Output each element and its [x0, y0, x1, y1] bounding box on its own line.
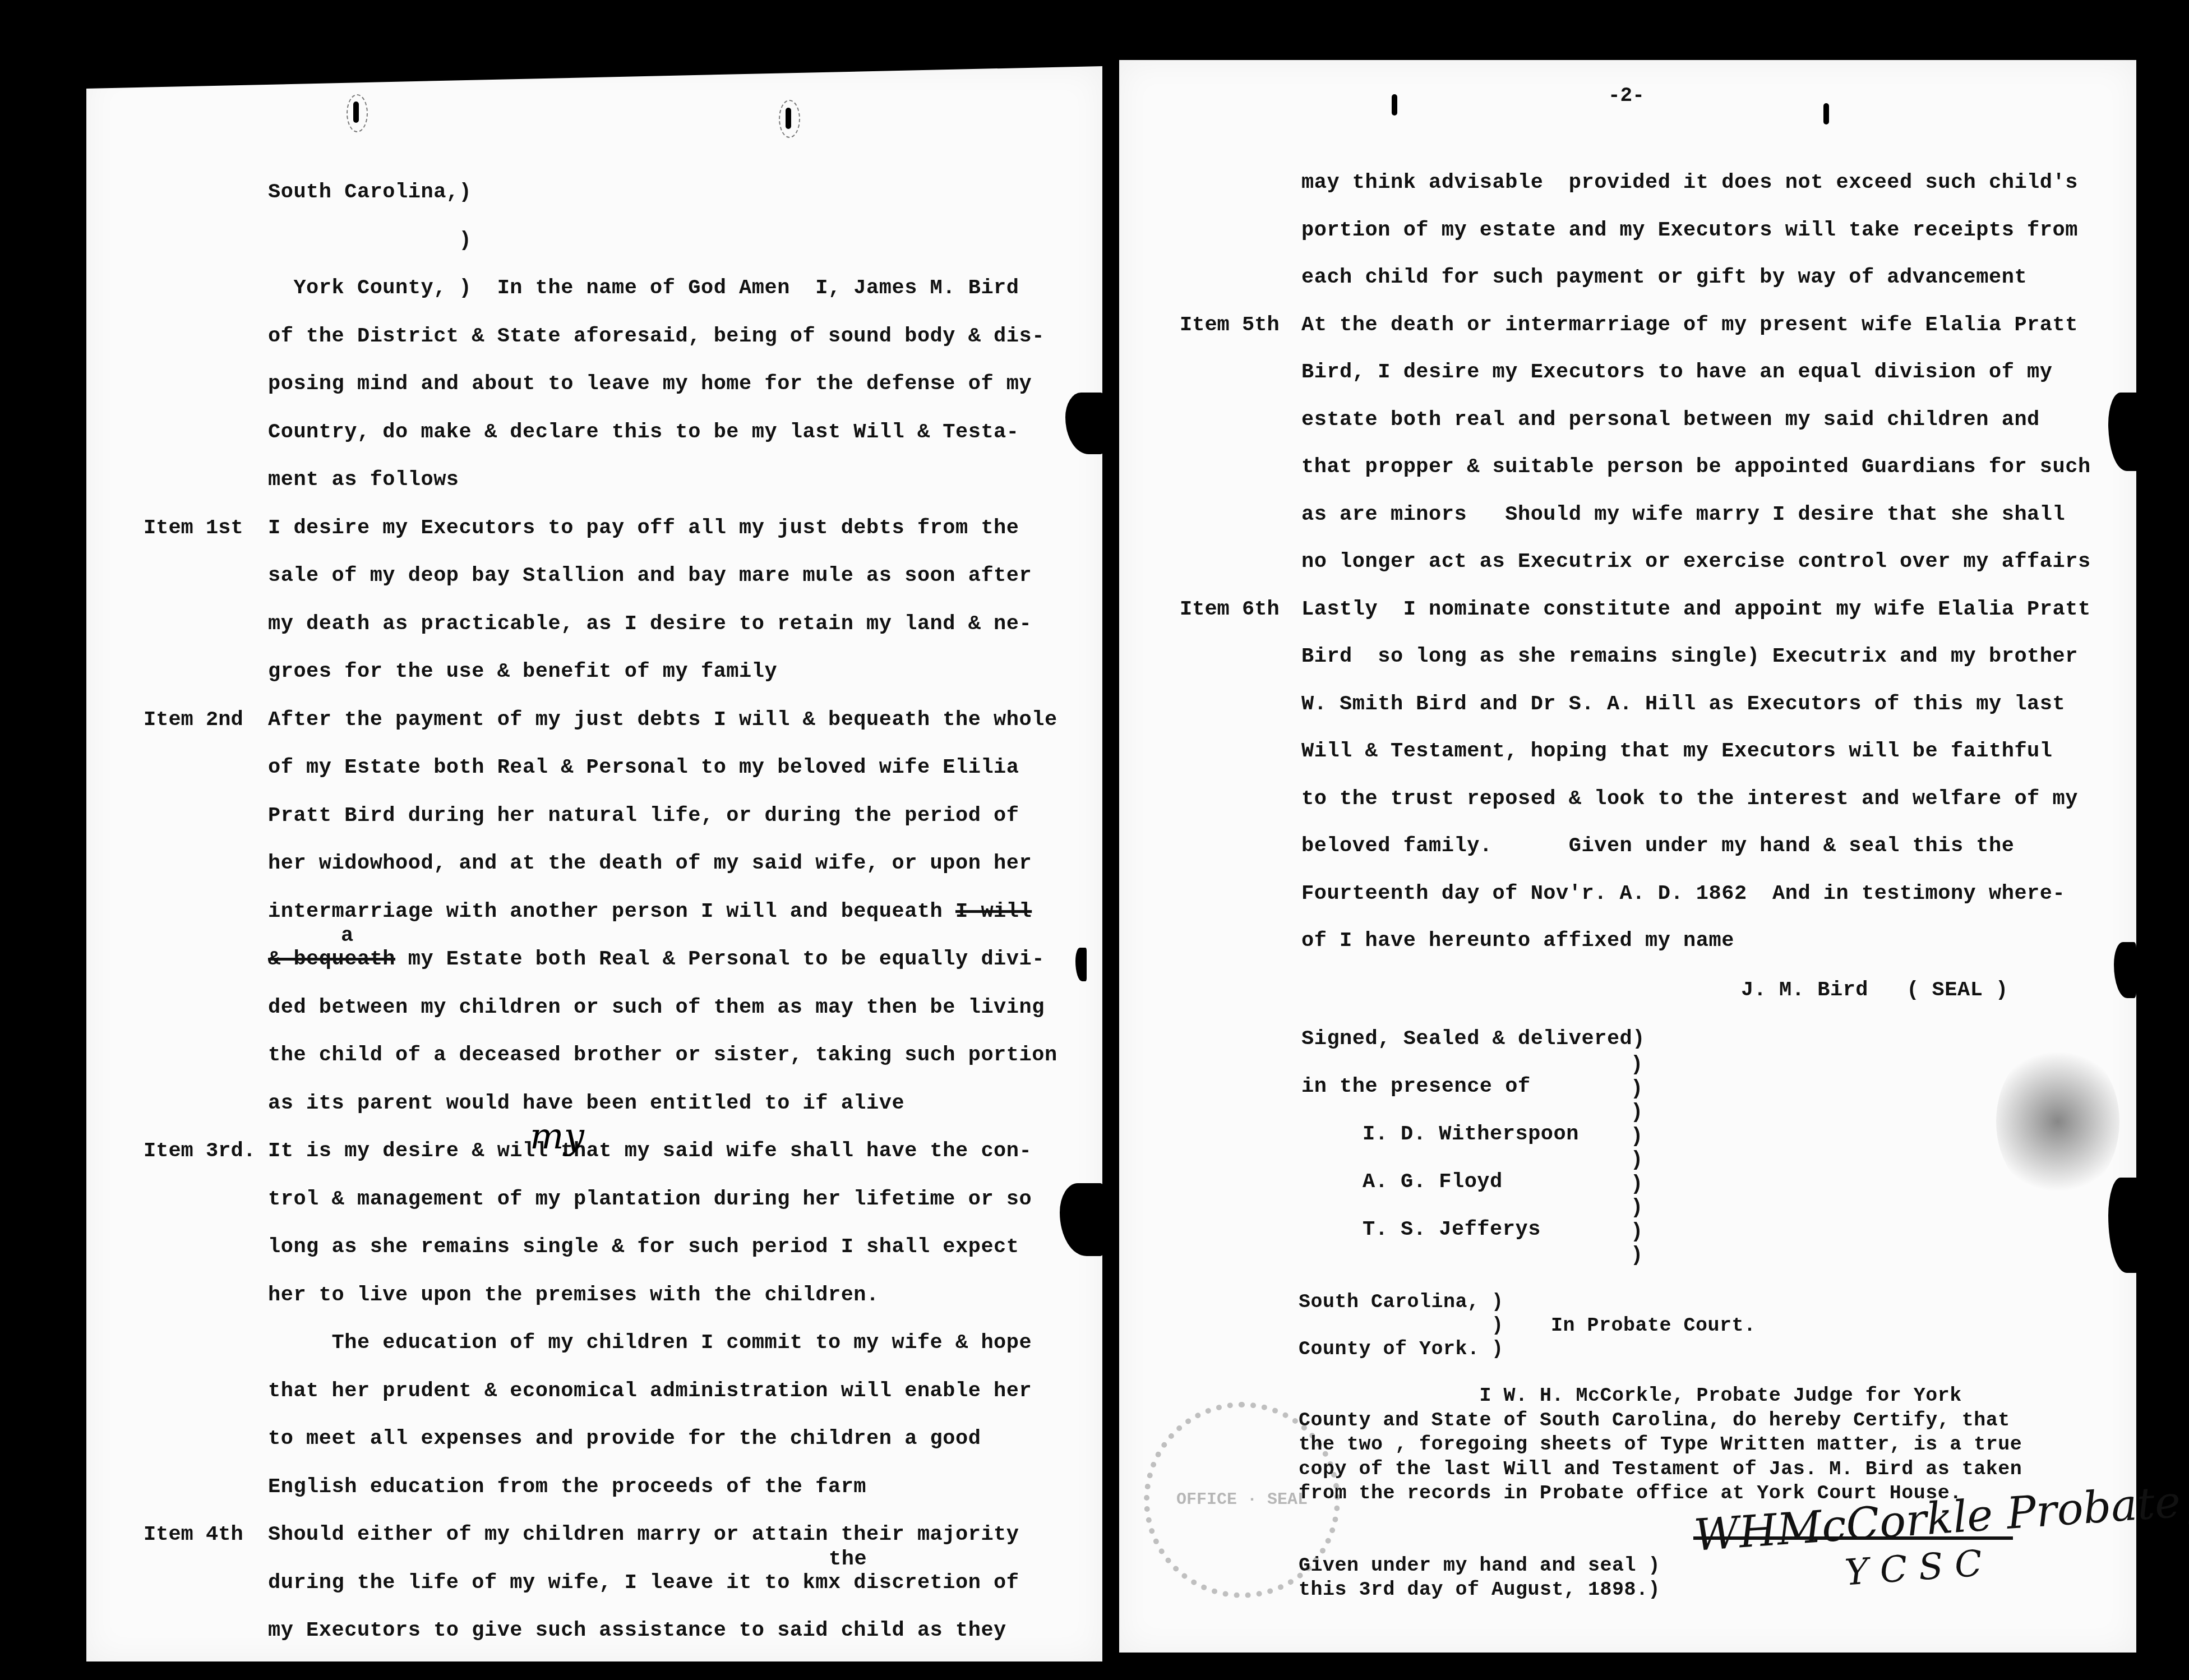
text-line: It is my desire & will that my said wife…: [268, 1141, 1032, 1162]
text-line: as are minors Should my wife marry I des…: [1301, 505, 2065, 525]
given-line: this 3rd day of August, 1898.): [1299, 1580, 1660, 1600]
text-line: to meet all expenses and provide for the…: [268, 1429, 981, 1450]
attestation-text: Signed, Sealed & delivered): [1301, 1029, 1645, 1050]
text-line: my Executors to give such assistance to …: [268, 1621, 1006, 1641]
text-line: ment as follows: [268, 470, 459, 491]
item-label: Item 1st: [144, 518, 243, 539]
text-line: ded between my children or such of them …: [268, 998, 1045, 1018]
text-line: Bird, I desire my Executors to have an e…: [1301, 362, 2053, 383]
text-line: during the life of my wife, I leave it t…: [268, 1573, 1019, 1594]
text-line: that propper & suitable person be appoin…: [1301, 457, 2091, 478]
punch-hole-icon: [786, 108, 791, 129]
item-label: Item 5th: [1180, 315, 1280, 336]
interlinear-insertion: the: [829, 1549, 867, 1570]
interlinear-insertion: a: [341, 926, 354, 947]
bracket-mark: ): [1631, 1220, 1643, 1244]
text-line: long as she remains single & for such pe…: [268, 1237, 1019, 1258]
text-line: no longer act as Executrix or exercise c…: [1301, 552, 2091, 573]
bracket-mark: ): [1631, 1244, 1643, 1267]
text-line: Should either of my children marry or at…: [268, 1525, 1019, 1545]
text-line: Will & Testament, hoping that my Executo…: [1301, 741, 2053, 762]
text-line: groes for the use & benefit of my family: [268, 662, 777, 682]
bracket-mark: ): [1631, 1101, 1643, 1124]
text-line: of my Estate both Real & Personal to my …: [268, 758, 1019, 778]
text-line: W. Smith Bird and Dr S. A. Hill as Execu…: [1301, 694, 2065, 715]
venue-line: South Carolina, ): [1299, 1293, 1504, 1312]
punch-hole-icon: [353, 101, 359, 123]
text-line: South Carolina,): [268, 182, 472, 203]
testator-signature: J. M. Bird ( SEAL ): [1741, 980, 2008, 1001]
text-line: English education from the proceeds of t…: [268, 1477, 866, 1498]
court-name: In Probate Court.: [1551, 1316, 1756, 1336]
punch-hole-icon: [1392, 94, 1397, 116]
witness-name: A. G. Floyd: [1363, 1172, 1503, 1193]
text-line: each child for such payment or gift by w…: [1301, 267, 2027, 288]
certificate-line: I W. H. McCorkle, Probate Judge for York: [1299, 1386, 1962, 1406]
text-line: posing mind and about to leave my home f…: [268, 374, 1032, 395]
venue-line: ): [1299, 1316, 1504, 1336]
item-label: Item 4th: [144, 1525, 243, 1545]
text-line: the child of a deceased brother or siste…: [268, 1045, 1057, 1066]
text-line: Pratt Bird during her natural life, or d…: [268, 806, 1019, 827]
certificate-line: the two , foregoing sheets of Type Writt…: [1299, 1435, 2022, 1455]
text-line: At the death or intermarriage of my pres…: [1301, 315, 2078, 336]
struck-text: I will: [955, 900, 1032, 924]
fingerprint-smudge: [1996, 1043, 2119, 1200]
bracket-mark: ): [1631, 1053, 1643, 1077]
page-gutter: [1102, 0, 1119, 1680]
bracket-mark: ): [1631, 1148, 1643, 1172]
text-line: intermarriage with another person I will…: [268, 902, 1032, 922]
text-line: Country, do make & declare this to be my…: [268, 422, 1019, 443]
page-number: -2-: [1608, 84, 1645, 107]
text-line: York County, ) In the name of God Amen I…: [268, 278, 1019, 299]
text-line: that her prudent & economical administra…: [268, 1381, 1032, 1402]
attestation-text: in the presence of: [1301, 1077, 1531, 1097]
text-line: trol & management of my plantation durin…: [268, 1189, 1032, 1210]
item-label: Item 6th: [1180, 599, 1280, 620]
certificate-line: County and State of South Carolina, do h…: [1299, 1411, 2010, 1430]
text-line: as its parent would have been entitled t…: [268, 1093, 904, 1114]
item-label: Item 3rd.: [144, 1141, 256, 1162]
certificate-line: copy of the last Will and Testament of J…: [1299, 1460, 2022, 1479]
text-line: of the District & State aforesaid, being…: [268, 326, 1045, 347]
bracket-mark: ): [1631, 1196, 1643, 1220]
venue-line: County of York. ): [1299, 1340, 1504, 1359]
punch-hole-icon: [1823, 103, 1829, 124]
item-label: Item 2nd: [144, 710, 243, 731]
text-line: Lastly I nominate constitute and appoint…: [1301, 599, 2091, 620]
struck-text: & bequeath: [268, 948, 395, 971]
text-line: her to live upon the premises with the c…: [268, 1285, 879, 1306]
bracket-mark: ): [1631, 1173, 1643, 1196]
witness-name: T. S. Jefferys: [1363, 1220, 1541, 1240]
text-line: sale of my deop bay Stallion and bay mar…: [268, 566, 1032, 587]
text-line: Fourteenth day of Nov'r. A. D. 1862 And …: [1301, 884, 2065, 904]
text-line: & bequeath my Estate both Real & Persona…: [268, 949, 1045, 970]
text-line: may think advisable provided it does not…: [1301, 173, 2078, 193]
text-line: to the trust reposed & look to the inter…: [1301, 789, 2078, 810]
text-line: my death as practicable, as I desire to …: [268, 614, 1032, 635]
bracket-mark: ): [1631, 1125, 1643, 1148]
text-line: her widowhood, and at the death of my sa…: [268, 853, 1032, 874]
text-line: I desire my Executors to pay off all my …: [268, 518, 1019, 539]
handwritten-correction: my: [530, 1116, 584, 1157]
text-line: beloved family. Given under my hand & se…: [1301, 836, 2014, 857]
witness-name: I. D. Witherspoon: [1363, 1124, 1579, 1145]
text-line: The education of my children I commit to…: [268, 1333, 1032, 1354]
text-line: ): [268, 230, 472, 251]
text-line: estate both real and personal between my…: [1301, 410, 2040, 431]
text-line: After the payment of my just debts I wil…: [268, 710, 1057, 731]
text-line: Bird so long as she remains single) Exec…: [1301, 647, 2078, 667]
bracket-mark: ): [1631, 1077, 1643, 1101]
given-line: Given under my hand and seal ): [1299, 1556, 1660, 1576]
text-line: portion of my estate and my Executors wi…: [1301, 220, 2078, 241]
text-line: of I have hereunto affixed my name: [1301, 931, 1734, 952]
